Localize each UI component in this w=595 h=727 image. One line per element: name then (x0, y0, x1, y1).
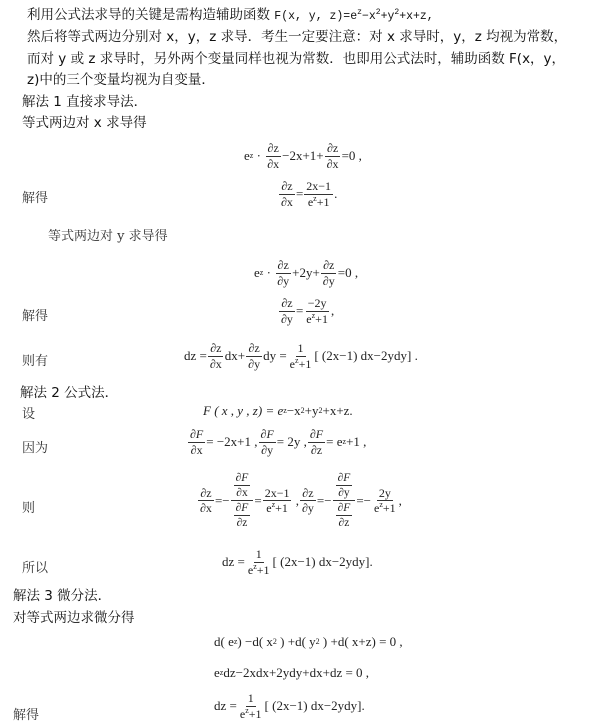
equation-F-partials: ∂F∂x = −2x+1 , ∂F∂y = 2y , ∂F∂z = ez+1 , (187, 428, 366, 456)
method3-title: 解法 3 微分法． (13, 584, 111, 604)
let-label: 设 (22, 403, 35, 422)
method1-step-y: 等式两边对 y 求导得 (48, 225, 168, 244)
solve-label-2: 解得 (22, 305, 48, 324)
intro-text: 利用公式法求导的关键是需构造辅助函数 (27, 7, 274, 23)
method1-step-x: 等式两边对 x 求导得 (22, 111, 147, 131)
then-label-2: 则 (22, 497, 35, 516)
equation-total-differential-2: dz = 1ez+1 [ (2x−1) dx−2ydy]. (222, 548, 373, 576)
equation-diff-x: ez · ∂z∂x −2x+1+ ∂z∂x =0 , (244, 142, 362, 170)
equation-dz-dy: ∂z∂y = −2yez+1 , (278, 297, 334, 325)
method2-title: 解法 2 公式法． (20, 381, 118, 401)
equation-differential-a: d( ez) −d( x2 ) +d( y2 ) +d( x+z) = 0 , (214, 634, 403, 650)
equation-total-differential-3: dz = 1ez+1 [ (2x−1) dx−2ydy]. (214, 692, 365, 720)
equation-diff-y: ez · ∂z∂y +2y+ ∂z∂y =0 , (254, 259, 358, 287)
because-label: 因为 (22, 437, 48, 456)
solve-label-3: 解得 (13, 704, 39, 723)
intro-line-4: z)中的三个变量均视为自变量． (27, 68, 215, 88)
equation-formula-method: ∂z∂x =− ∂F∂x ∂F∂z = 2x−1ez+1 , ∂z∂y =− ∂… (197, 472, 402, 529)
intro-line-3: 而对 y 或 z 求导时，另外两个变量同样也视为常数．也即用公式法时，辅助函数 … (27, 47, 565, 67)
equation-differential-b: ezdz−2xdx+2ydy+dx+dz = 0 , (214, 665, 369, 681)
so-label: 所以 (22, 557, 48, 576)
equation-total-differential-1: dz = ∂z∂x dx+ ∂z∂y dy = 1ez+1 [ (2x−1) d… (184, 342, 418, 370)
method3-step: 对等式两边求微分得 (13, 606, 135, 626)
solve-label-1: 解得 (22, 187, 48, 206)
intro-line-1: 利用公式法求导的关键是需构造辅助函数 F(x, y, z)=ez−x2+y2+x… (27, 3, 434, 23)
intro-line-2: 然后将等式两边分别对 x，y，z 求导．考生一定要注意：对 x 求导时，y，z … (27, 25, 567, 45)
method1-title: 解法 1 直接求导法． (22, 90, 147, 110)
equation-dz-dx: ∂z∂x = 2x−1ez+1 . (278, 180, 337, 208)
then-label-1: 则有 (22, 350, 48, 369)
aux-function-formula: F(x, y, z)=ez−x2+y2+x+z, (274, 10, 433, 23)
equation-F-definition: F ( x , y , z) = ez−x2+y2+x+z. (203, 403, 353, 419)
